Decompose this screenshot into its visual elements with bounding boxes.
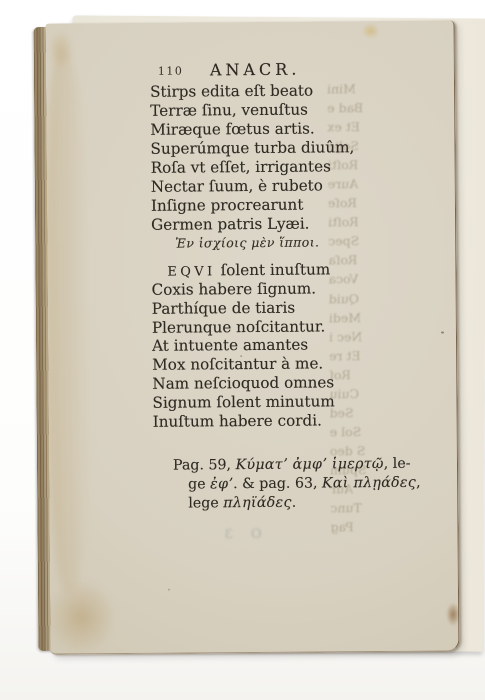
verse-line-first: EQVIſolent inuſtum <box>151 260 330 279</box>
showthrough-line: Cuiu <box>329 384 381 403</box>
showthrough-line: Quid <box>329 289 381 308</box>
errata-note: Pag. 59, Κύματʼ ἀμφʼ ἱμερτῷ, le- ge ἐφʼ.… <box>153 455 421 515</box>
verse-line: At intuente amantes <box>152 336 334 356</box>
showthrough-line: Roſ <box>329 365 381 384</box>
verse-line: Signum ſolent minutum <box>152 392 334 412</box>
verse-line: Plerunque noſcitantur. <box>152 317 334 337</box>
showthrough-line: Medi <box>329 308 381 327</box>
poem-rosa-lines: Stirps edita eſt beatoTerræ ſinu, venuſt… <box>150 81 355 235</box>
errata-text: . <box>292 495 297 511</box>
verse-line: Mox noſcitantur à me. <box>152 355 334 375</box>
errata-line: ge ἐφʼ. & pag. 63, Καὶ πλῃάδες, <box>153 474 421 495</box>
showthrough-line: Sol e <box>330 422 382 441</box>
stain-top-right <box>362 23 380 39</box>
errata-text: Pag. 59, <box>173 457 236 473</box>
running-title: ANACR. <box>210 60 301 80</box>
verse-line: Coxis habere ſignum. <box>152 279 334 299</box>
showthrough-line: Roſa <box>328 250 380 269</box>
page-number: 110 <box>158 65 184 78</box>
verse-line: Terræ ſinu, venuſtus <box>150 100 354 121</box>
errata-text: ge <box>188 477 210 493</box>
ink-speck <box>168 589 170 591</box>
verse-line: Parthíque de tiaris <box>152 298 334 318</box>
verse-line: Inſigne procrearunt <box>151 195 355 216</box>
showthrough-line: Voca <box>328 269 380 288</box>
verse-line: Germen patris Lyæi. <box>151 214 355 235</box>
verse-line: Roſa vt eſſet, irrigantes <box>151 157 355 178</box>
showthrough-line: Spec <box>328 231 380 250</box>
greek-incipit: Ἐν ἰσχίοις μὲν ἵπποι. <box>175 234 319 250</box>
verse-line: Superúmque turba diuûm, <box>150 138 354 159</box>
stain-bottom-left <box>46 579 117 656</box>
photo-background: MiniBad eEt exSoljeRoſtiAureRoſeRoſtiSpe… <box>0 0 485 700</box>
errata-text: , le- <box>384 456 411 472</box>
errata-greek: ἐφʼ <box>210 476 233 492</box>
verse-line: Inuſtum habere cordi. <box>153 411 335 431</box>
poem-equi-lines: Coxis habere ſignum.Parthíque de tiarisP… <box>152 279 335 431</box>
verse-line: Nam neſcioquod omnes <box>152 373 334 393</box>
verse-line-first-rest: ſolent inuſtum <box>221 260 331 279</box>
page-header: 110 ANACR. <box>46 58 454 81</box>
errata-greek: Καὶ πλῃάδες <box>322 475 416 492</box>
signature-showthrough: O 3 <box>217 527 261 542</box>
errata-line: Pag. 59, Κύματʼ ἀμφʼ ἱμερτῷ, le- <box>153 455 421 476</box>
verse-line: Stirps edita eſt beato <box>150 81 354 102</box>
showthrough-line: Nec i <box>329 327 381 346</box>
ink-speck <box>441 331 444 333</box>
errata-line: lege πληϊάδες. <box>153 493 421 514</box>
water-stain-left <box>44 51 94 591</box>
errata-text: . & pag. 63, <box>233 476 322 493</box>
verse-line: Nectar ſuum, è rubeto <box>151 176 355 197</box>
showthrough-line: Sed <box>330 403 382 422</box>
errata-greek: Κύματʼ ἀμφʼ ἱμερτῷ <box>235 456 383 473</box>
verse-line: Miræque fœtus artis. <box>150 119 354 140</box>
errata-text: , <box>416 475 421 491</box>
showthrough-line: Pag <box>330 517 382 536</box>
errata-text: lege <box>188 496 223 512</box>
errata-greek: πληϊάδες <box>223 495 292 512</box>
book-page: MiniBad eEt exSoljeRoſtiAureRoſeRoſtiSpe… <box>46 20 460 654</box>
showthrough-line: Et re <box>329 346 381 365</box>
drop-capitals: EQVI <box>167 264 215 279</box>
spot-bottom-right <box>446 602 460 626</box>
